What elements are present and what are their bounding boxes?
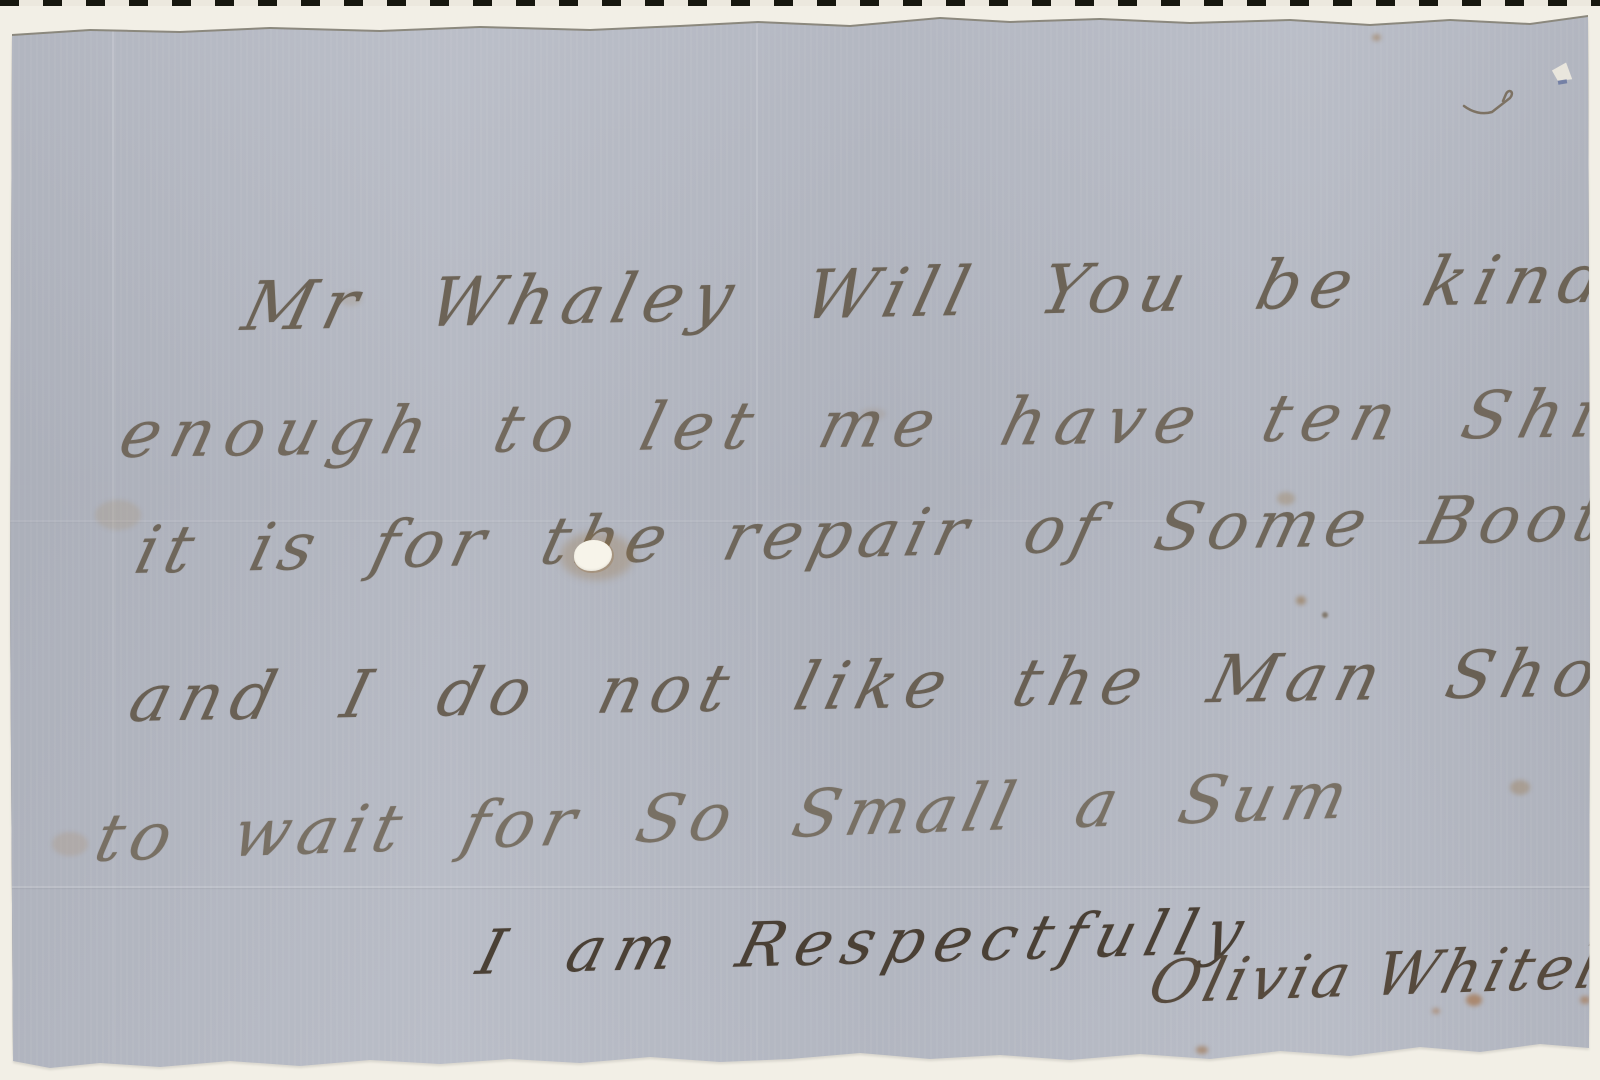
stain [1322, 612, 1328, 618]
stain [1432, 1008, 1440, 1014]
stain [52, 832, 88, 856]
handwritten-line-3: it is for the repair of Some Boots [128, 478, 1600, 589]
stain [95, 500, 141, 530]
handwritten-line-4: and I do not like the Man Shoul [122, 633, 1600, 737]
paper-wrap: Mr Whaley Will You be kind enough to let… [0, 0, 1600, 1080]
scanned-letter: Mr Whaley Will You be kind enough to let… [0, 0, 1600, 1080]
fold-crease-vertical [112, 30, 114, 1062]
letter-paper: Mr Whaley Will You be kind enough to let… [0, 0, 1600, 1080]
handwritten-line-5: to wait for So Small a Sum [88, 757, 1362, 877]
handwritten-closing: I am Respectfully [470, 895, 1261, 989]
blue-ink-fleck [1558, 79, 1568, 85]
pen-flourish-mark [1462, 88, 1526, 122]
stain [1372, 34, 1381, 41]
handwritten-line-1: Mr Whaley Will You be kind [235, 240, 1600, 347]
stain [1510, 780, 1530, 795]
stain [1196, 1046, 1208, 1054]
handwritten-line-2: enough to let me have ten Shille [112, 374, 1600, 473]
stain [1296, 596, 1306, 605]
fold-crease-horizontal [0, 886, 1600, 888]
handwritten-signature: Olivia Whitel [1142, 932, 1600, 1018]
